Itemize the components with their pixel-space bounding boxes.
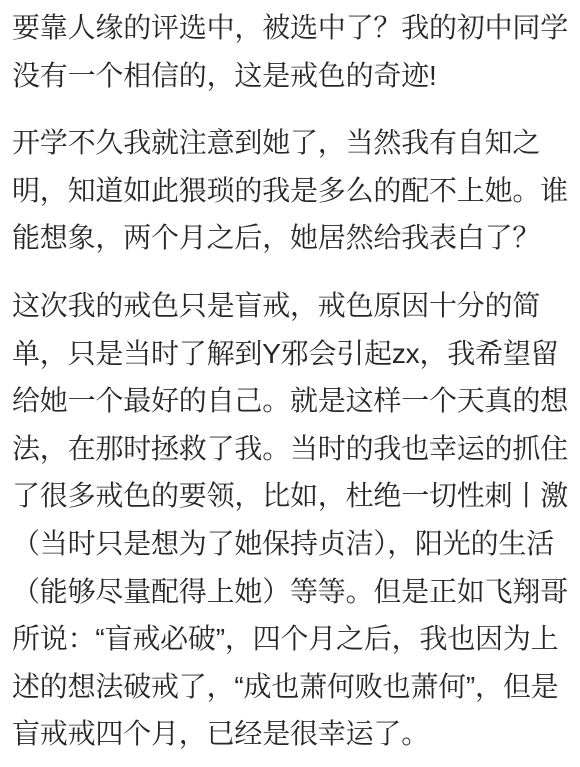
article-page: 要靠人缘的评选中，被选中了？我的初中同学没有一个相信的，这是戒色的奇迹! 开学不…: [0, 0, 580, 767]
article-paragraph-2: 开学不久我就注意到她了，当然我有自知之明，知道如此猥琐的我是多么的配不上她。谁能…: [12, 119, 568, 262]
article-paragraph-3: 这次我的戒色只是盲戒，戒色原因十分的简单，只是当时了解到Y邪会引起zx，我希望留…: [12, 282, 568, 758]
article-paragraph-1: 要靠人缘的评选中，被选中了？我的初中同学没有一个相信的，这是戒色的奇迹!: [12, 4, 568, 99]
